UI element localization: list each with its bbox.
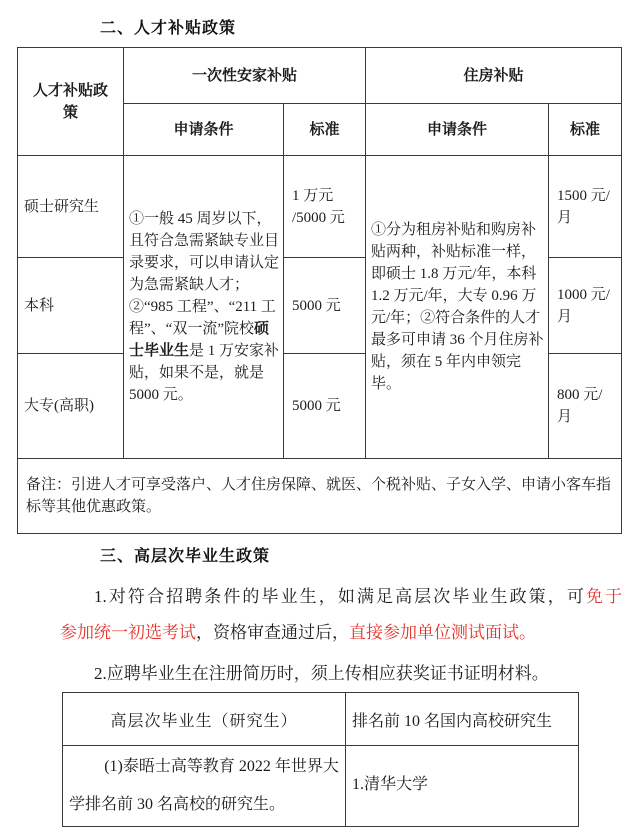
para1-black2: ，资格审查通过后，: [196, 623, 349, 642]
para1-line2: 参加统一初选考试，资格审查通过后，直接参加单位测试面试。: [60, 621, 622, 645]
para1-line1: 1.对符合招聘条件的毕业生，如满足高层次毕业生政策，可免于: [60, 585, 622, 609]
para1-red3: 直接参加单位测试面试。: [349, 623, 536, 642]
table-row-master: 硕士研究生 ①一般 45 周岁以下，且符合急需紧缺专业目录要求，可以申请认定为急…: [18, 156, 622, 258]
level-bachelor: 本科: [18, 258, 124, 354]
header-housing-condition: 申请条件: [366, 104, 549, 156]
grad-row-left: (1)泰晤士高等教育 2022 年世界大学排名前 30 名高校的研究生。: [63, 746, 346, 827]
para1-red2: 参加统一初选考试: [60, 623, 196, 642]
housing-condition-cell: ①分为租房补贴和购房补贴两种，补贴标准一样，即硕士 1.8 万元/年，本科 1.…: [366, 156, 549, 459]
settle-standard-college: 5000 元: [284, 354, 366, 459]
section2-title: 二、人才补贴政策: [100, 15, 236, 38]
housing-standard-bachelor: 1000 元/月: [549, 258, 622, 354]
header-policy-col: 人才补贴政策: [18, 48, 124, 156]
grad-table-header-row: 高层次毕业生（研究生） 排名前 10 名国内高校研究生: [63, 693, 579, 746]
document-page: 二、人才补贴政策 人才补贴政策 一次性安家补贴 住房补贴 申请条件 标准 申请条…: [0, 0, 635, 834]
header-housing-standard: 标准: [549, 104, 622, 156]
talent-subsidy-table: 人才补贴政策 一次性安家补贴 住房补贴 申请条件 标准 申请条件 标准 硕士研究…: [17, 47, 622, 534]
header-housing-group: 住房补贴: [366, 48, 622, 104]
para2: 2.应聘毕业生在注册简历时，须上传相应获奖证书证明材料。: [60, 662, 622, 686]
settle-condition-cell: ①一般 45 周岁以下，且符合急需紧缺专业目录要求，可以申请认定为急需紧缺人才；…: [124, 156, 284, 459]
section3-title: 三、高层次毕业生政策: [100, 543, 270, 566]
level-college: 大专(高职): [18, 354, 124, 459]
housing-standard-college: 800 元/月: [549, 354, 622, 459]
grad-header-right: 排名前 10 名国内高校研究生: [346, 693, 579, 746]
header-settle-condition: 申请条件: [124, 104, 284, 156]
grad-header-left: 高层次毕业生（研究生）: [63, 693, 346, 746]
grad-table-body-row: (1)泰晤士高等教育 2022 年世界大学排名前 30 名高校的研究生。 1.清…: [63, 746, 579, 827]
para1-black1: 1.对符合招聘条件的毕业生，如满足高层次毕业生政策，可: [94, 587, 586, 606]
para1-red1: 免于: [586, 587, 622, 606]
settle-standard-master: 1 万元 /5000 元: [284, 156, 366, 258]
header-settle-group: 一次性安家补贴: [124, 48, 366, 104]
settle-condition-part1: ①一般 45 周岁以下，且符合急需紧缺专业目录要求，可以申请认定为急需紧缺人才；…: [129, 211, 279, 337]
header-policy-label: 人才补贴政策: [32, 80, 110, 124]
high-level-graduate-table: 高层次毕业生（研究生） 排名前 10 名国内高校研究生 (1)泰晤士高等教育 2…: [62, 692, 579, 827]
header-settle-standard: 标准: [284, 104, 366, 156]
level-master: 硕士研究生: [18, 156, 124, 258]
note-cell: 备注：引进人才可享受落户、人才住房保障、就医、个税补贴、子女入学、申请小客车指标…: [18, 459, 622, 534]
housing-standard-master: 1500 元/月: [549, 156, 622, 258]
grad-row-right: 1.清华大学: [346, 746, 579, 827]
table-row-note: 备注：引进人才可享受落户、人才住房保障、就医、个税补贴、子女入学、申请小客车指标…: [18, 459, 622, 534]
table-header-row-groups: 人才补贴政策 一次性安家补贴 住房补贴: [18, 48, 622, 104]
settle-standard-bachelor: 5000 元: [284, 258, 366, 354]
